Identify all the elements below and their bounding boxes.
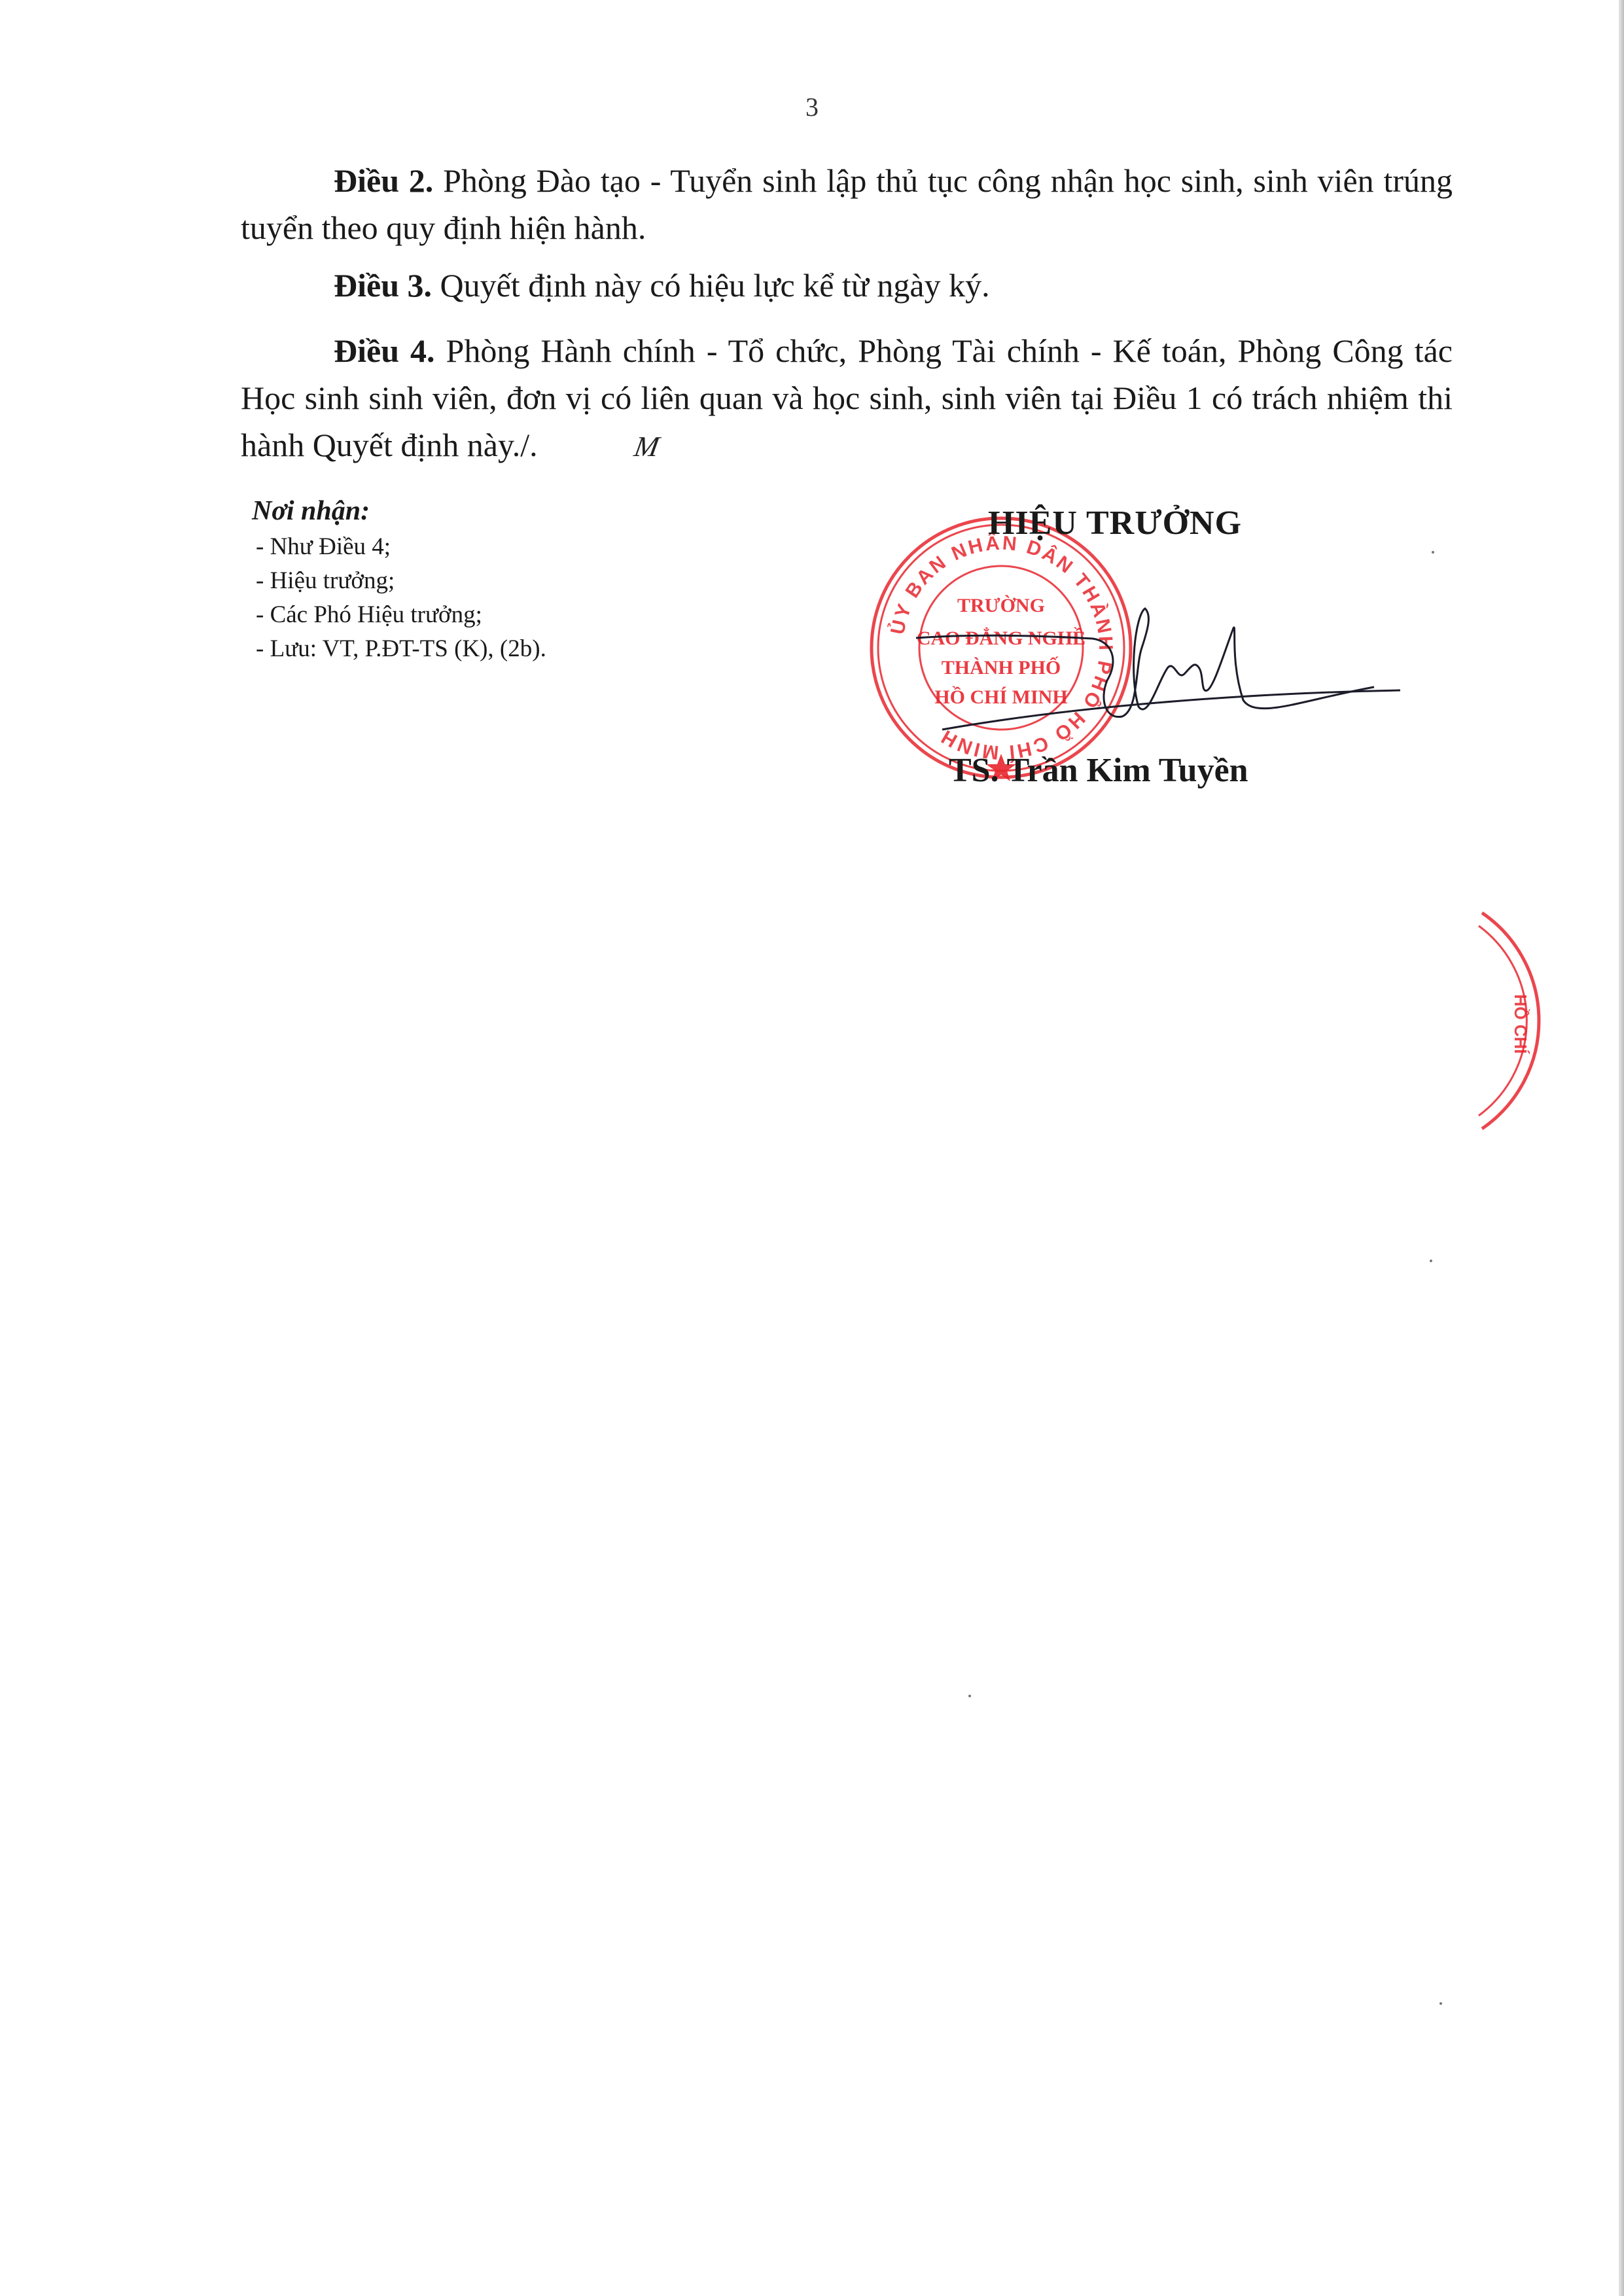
article-2-lead: Điều 2. bbox=[334, 162, 433, 199]
recipients-block: Nơi nhận: - Như Điều 4; - Hiệu trưởng; -… bbox=[252, 492, 546, 666]
article-3-text: Quyết định này có hiệu lực kể từ ngày ký… bbox=[432, 267, 990, 304]
article-3: Điều 3. Quyết định này có hiệu lực kể từ… bbox=[241, 262, 1453, 309]
signature-block: HIỆU TRƯỞNG ỦY BAN NHÂN DÂN THÀNH PHỐ HỒ… bbox=[903, 497, 1400, 805]
article-4: Điều 4. Phòng Hành chính - Tổ chức, Phòn… bbox=[241, 327, 1453, 470]
scan-speck bbox=[1430, 1260, 1432, 1262]
recipient-item: - Lưu: VT, P.ĐT-TS (K), (2b). bbox=[256, 632, 546, 666]
partial-seal-stamp: HỒ CHÍ bbox=[1475, 906, 1574, 1135]
recipient-item: - Các Phó Hiệu trưởng; bbox=[256, 598, 546, 632]
recipients-heading: Nơi nhận: bbox=[252, 492, 546, 530]
recipient-item: - Như Điều 4; bbox=[256, 530, 546, 564]
recipient-item: - Hiệu trưởng; bbox=[256, 564, 546, 598]
article-3-lead: Điều 3. bbox=[334, 267, 432, 304]
scan-speck bbox=[1432, 551, 1434, 554]
initial-mark: M bbox=[537, 423, 662, 470]
page-edge-shadow bbox=[1619, 0, 1624, 2296]
handwritten-signature bbox=[877, 576, 1413, 746]
page-number: 3 bbox=[0, 92, 1624, 122]
scan-speck bbox=[1439, 2002, 1442, 2005]
signer-name: TS. Trần Kim Tuyền bbox=[949, 751, 1248, 790]
signer-title: HIỆU TRƯỞNG bbox=[988, 504, 1242, 542]
scan-speck bbox=[968, 1695, 971, 1697]
article-4-lead: Điều 4. bbox=[334, 332, 435, 369]
article-2: Điều 2. Phòng Đào tạo - Tuyển sinh lập t… bbox=[241, 157, 1453, 251]
partial-stamp-text: HỒ CHÍ bbox=[1511, 995, 1530, 1055]
